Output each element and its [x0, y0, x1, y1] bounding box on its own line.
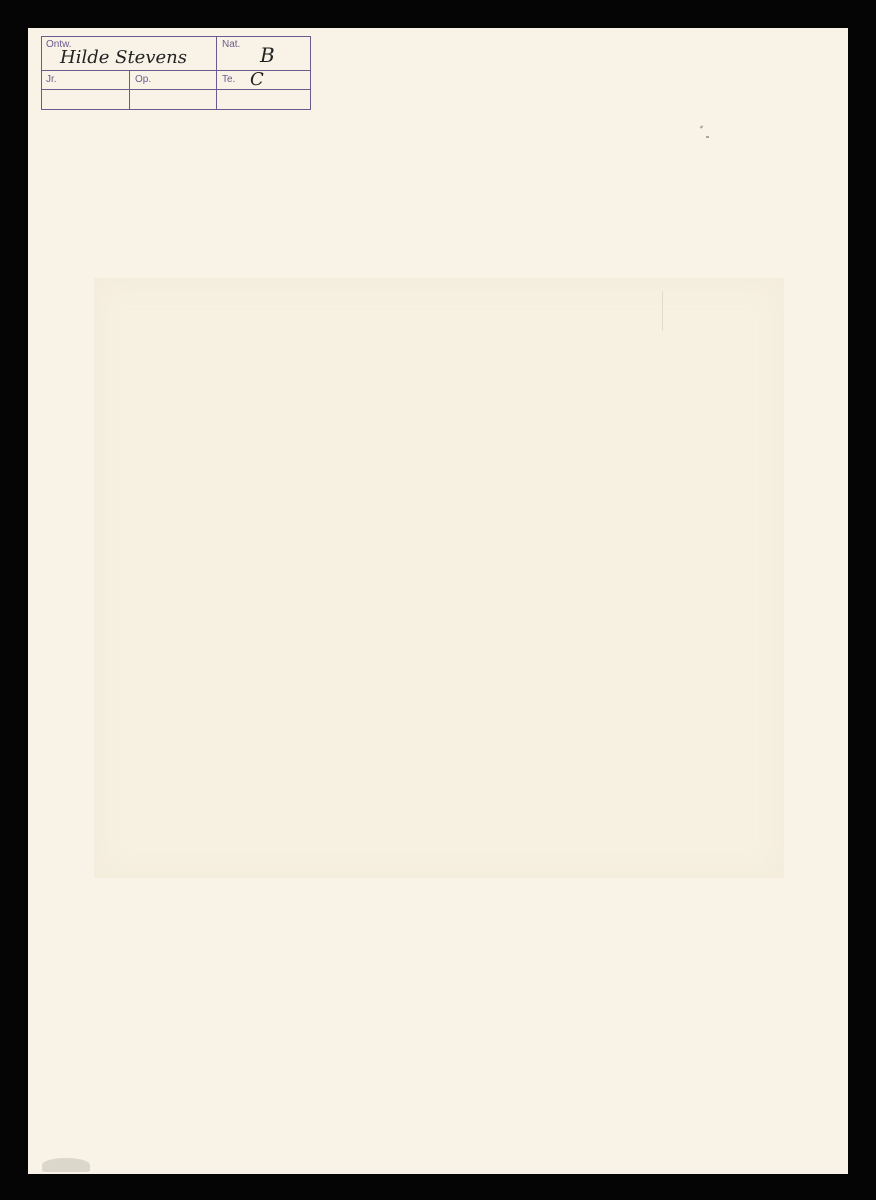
nat-label: Nat.	[222, 39, 240, 50]
crease-mark	[662, 291, 663, 331]
te-value: C	[250, 69, 264, 90]
speck-mark	[700, 125, 704, 128]
jr-label: Jr.	[46, 74, 57, 85]
speck-mark	[706, 136, 709, 138]
stain-blot	[42, 1158, 90, 1172]
paper-sheet	[28, 28, 848, 1174]
te-label: Te.	[222, 74, 235, 85]
ontw-value: Hilde Stevens	[60, 47, 187, 68]
archive-stamp: Ontw. Hilde Stevens Nat. B Jr. Op. Te. C	[41, 36, 311, 110]
op-label: Op.	[135, 74, 151, 85]
stamp-divider	[216, 37, 217, 109]
bleed-through-caption	[118, 828, 788, 858]
bleed-through-image-area	[94, 278, 784, 878]
nat-value: B	[260, 43, 275, 67]
stamp-row-2	[42, 70, 310, 90]
stamp-divider	[129, 70, 130, 109]
